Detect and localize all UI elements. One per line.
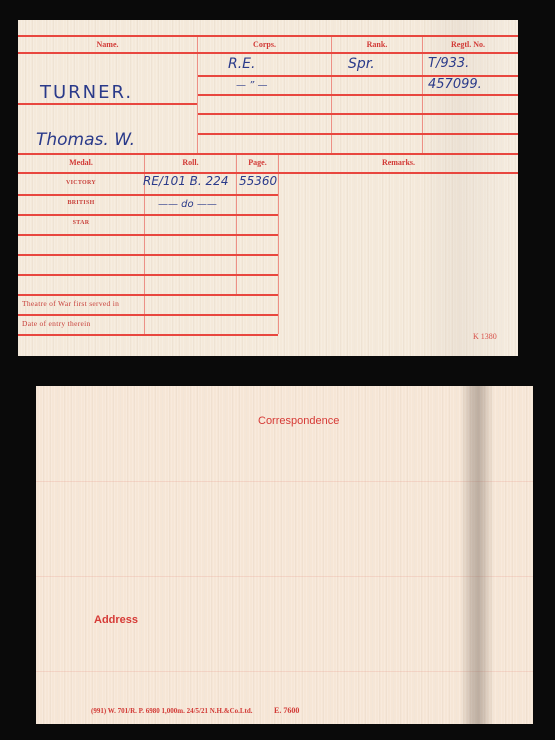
header-regtl-no: Regtl. No. <box>423 40 513 49</box>
regtl-no-1: T/933. <box>428 56 469 71</box>
rule <box>18 314 278 316</box>
rule <box>18 254 278 256</box>
header-corps: Corps. <box>198 40 331 49</box>
medal-index-card-back: Correspondence Address (991) W. 701/R. P… <box>36 386 533 724</box>
surname: TURNER. <box>40 82 133 103</box>
corps-2: — ” — <box>236 80 268 91</box>
header-medal: Medal. <box>18 158 144 167</box>
address-label: Address <box>94 614 138 626</box>
header-name: Name. <box>18 40 197 49</box>
fold-shadow <box>460 386 494 724</box>
form-code: K 1380 <box>473 332 497 341</box>
rule <box>18 103 197 105</box>
rule <box>18 35 518 37</box>
rule <box>18 334 278 336</box>
header-rank: Rank. <box>332 40 422 49</box>
corps-1: R.E. <box>228 56 255 72</box>
rule <box>18 294 278 296</box>
rule <box>198 133 518 135</box>
rule <box>18 52 518 54</box>
theatre-label: Theatre of War first served in <box>22 299 119 308</box>
regtl-no-2: 457099. <box>428 77 482 92</box>
rank: Spr. <box>348 56 375 72</box>
rule <box>18 274 278 276</box>
divider <box>278 154 279 334</box>
victory-roll: RE/101 B. 224 <box>143 174 228 188</box>
rule <box>18 214 278 216</box>
forenames: Thomas. W. <box>36 130 135 150</box>
header-page: Page. <box>237 158 278 167</box>
rule <box>18 194 278 196</box>
back-form-code: E. 7600 <box>274 706 299 715</box>
medal-star-label: Star <box>18 220 144 226</box>
header-roll: Roll. <box>145 158 236 167</box>
printer-footer: (991) W. 701/R. P. 6980 1,000m. 24/5/21 … <box>91 707 253 715</box>
medal-index-card-front: Name. Corps. Rank. Regtl. No. TURNER. Th… <box>18 20 518 356</box>
rule <box>18 234 278 236</box>
medal-victory-label: Victory <box>18 180 144 186</box>
rule <box>198 113 518 115</box>
victory-page: 55360 <box>239 174 277 188</box>
correspondence-label: Correspondence <box>258 415 339 427</box>
header-remarks: Remarks. <box>279 158 518 167</box>
date-entry-label: Date of entry therein <box>22 319 91 328</box>
british-roll: —— do —— <box>158 199 217 210</box>
rule <box>18 153 518 155</box>
rule <box>198 94 518 96</box>
divider <box>236 154 237 294</box>
medal-british-label: British <box>18 200 144 206</box>
